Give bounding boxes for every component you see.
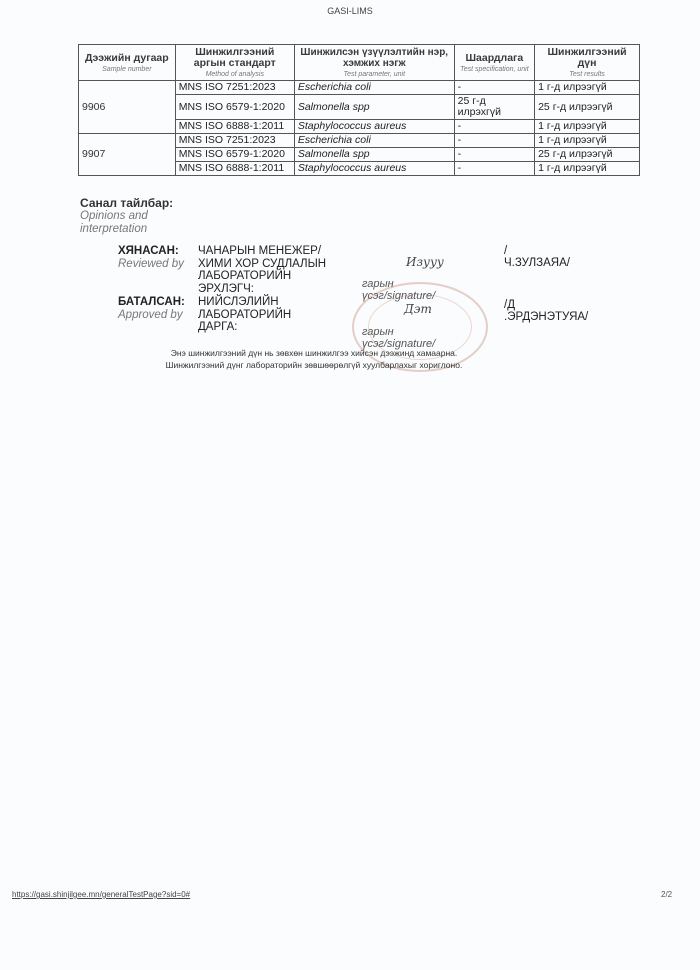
parameter-cell: Staphylococcus aureus — [294, 162, 454, 176]
result-cell: 1 г-д илрээгүй — [535, 120, 640, 134]
result-cell: 25 г-д илрээгүй — [535, 148, 640, 162]
table-row: 9907 MNS ISO 7251:2023 Escherichia coli … — [79, 134, 640, 148]
reviewed-label: ХЯНАСАН: Reviewed by — [118, 245, 196, 271]
reviewed-label-mn: ХЯНАСАН: — [118, 245, 196, 258]
reviewer-name: /Ч.ЗУЛЗАЯА/ — [504, 245, 570, 269]
reviewer-signature: Изууу — [406, 255, 444, 269]
table-header-row: Дээжийн дугаарSample number Шинжилгээний… — [79, 45, 640, 81]
result-cell: 1 г-д илрээгүй — [535, 162, 640, 176]
method-cell: MNS ISO 6579-1:2020 — [175, 148, 294, 162]
reviewed-label-en: Reviewed by — [118, 258, 196, 271]
role-line: ЧАНАРЫН МЕНЕЖЕР/ — [198, 245, 358, 258]
col-header-method: Шинжилгээний аргын стандартMethod of ana… — [175, 45, 294, 81]
approver-name: /Д .ЭРДЭНЭТУЯА/ — [504, 299, 588, 323]
col-header-sample-number: Дээжийн дугаарSample number — [79, 45, 176, 81]
result-cell: 1 г-д илрээгүй — [535, 81, 640, 95]
approved-label: БАТАЛСАН: Approved by — [118, 296, 196, 322]
result-cell: 1 г-д илрээгүй — [535, 134, 640, 148]
parameter-cell: Salmonella spp — [294, 148, 454, 162]
col-header-mn: Дээжийн дугаар — [85, 52, 169, 64]
opinions-label-en: interpretation — [80, 223, 173, 236]
col-header-en: Test specification, unit — [458, 65, 531, 74]
col-header-mn: Шинжилгээний дүн — [547, 46, 626, 69]
col-header-en: Test results — [538, 70, 636, 79]
sample-number-cell: 9907 — [79, 134, 176, 176]
specification-cell: - — [454, 120, 534, 134]
role-line: ХИМИ ХОР СУДЛАЛЫН — [198, 258, 358, 271]
role-line: ЛАБОРАТОРИЙН — [198, 309, 358, 322]
parameter-cell: Staphylococcus aureus — [294, 120, 454, 134]
parameter-cell: Escherichia coli — [294, 134, 454, 148]
table-row: 9906 MNS ISO 7251:2023 Escherichia coli … — [79, 81, 640, 95]
method-cell: MNS ISO 6579-1:2020 — [175, 95, 294, 120]
document-header-title: GASI-LIMS — [0, 6, 700, 16]
reviewer-role: ЧАНАРЫН МЕНЕЖЕР/ ХИМИ ХОР СУДЛАЛЫН ЛАБОР… — [198, 245, 358, 295]
specification-cell: - — [454, 162, 534, 176]
col-header-specification: ШаардлагаTest specification, unit — [454, 45, 534, 81]
method-cell: MNS ISO 6888-1:2011 — [175, 120, 294, 134]
parameter-cell: Escherichia coli — [294, 81, 454, 95]
disclaimer: Энэ шинжилгээний дүн нь зөвхөн шинжилгээ… — [0, 347, 628, 371]
approved-label-en: Approved by — [118, 309, 196, 322]
role-line: НИЙСЛЭЛИЙН — [198, 296, 358, 309]
reviewer-signature-note: гарын үсэг/signature/ — [362, 278, 435, 302]
method-cell: MNS ISO 6888-1:2011 — [175, 162, 294, 176]
sample-number-cell: 9906 — [79, 81, 176, 134]
test-results-table: Дээжийн дугаарSample number Шинжилгээний… — [78, 44, 640, 176]
col-header-mn: Шаардлага — [465, 52, 523, 64]
specification-cell: 25 г-д илрэхгүй — [454, 95, 534, 120]
role-line: ДАРГА: — [198, 321, 358, 334]
approver-role: НИЙСЛЭЛИЙН ЛАБОРАТОРИЙН ДАРГА: — [198, 296, 358, 334]
result-cell: 25 г-д илрээгүй — [535, 95, 640, 120]
opinions-label-en: Opinions and — [80, 210, 173, 223]
col-header-en: Method of analysis — [179, 70, 291, 79]
method-cell: MNS ISO 7251:2023 — [175, 134, 294, 148]
page-number: 2/2 — [661, 890, 672, 899]
specification-cell: - — [454, 134, 534, 148]
opinions-label: Санал тайлбар: — [80, 196, 173, 210]
role-line: ЛАБОРАТОРИЙН — [198, 270, 358, 283]
method-cell: MNS ISO 7251:2023 — [175, 81, 294, 95]
col-header-parameter: Шинжилсэн үзүүлэлтийн нэр, хэмжих нэгжTe… — [294, 45, 454, 81]
disclaimer-line: Шинжилгээний дүнг лабораторийн зөвшөөрөл… — [0, 359, 628, 371]
parameter-cell: Salmonella spp — [294, 95, 454, 120]
specification-cell: - — [454, 81, 534, 95]
specification-cell: - — [454, 148, 534, 162]
approver-signature: Дэт — [404, 302, 432, 316]
col-header-mn: Шинжилсэн үзүүлэлтийн нэр, хэмжих нэгж — [300, 47, 448, 69]
col-header-mn: Шинжилгээний аргын стандарт — [194, 46, 276, 69]
col-header-en: Test parameter, unit — [298, 70, 451, 79]
role-line: ЭРХЛЭГЧ: — [198, 283, 358, 296]
disclaimer-line: Энэ шинжилгээний дүн нь зөвхөн шинжилгээ… — [0, 347, 628, 359]
col-header-result: Шинжилгээний дүнTest results — [535, 45, 640, 81]
col-header-en: Sample number — [82, 65, 172, 74]
approved-label-mn: БАТАЛСАН: — [118, 296, 196, 309]
footer-url-link[interactable]: https://gasi.shinjilgee.mn/generalTestPa… — [12, 890, 190, 899]
opinions-section: Санал тайлбар: Opinions and interpretati… — [80, 196, 173, 236]
